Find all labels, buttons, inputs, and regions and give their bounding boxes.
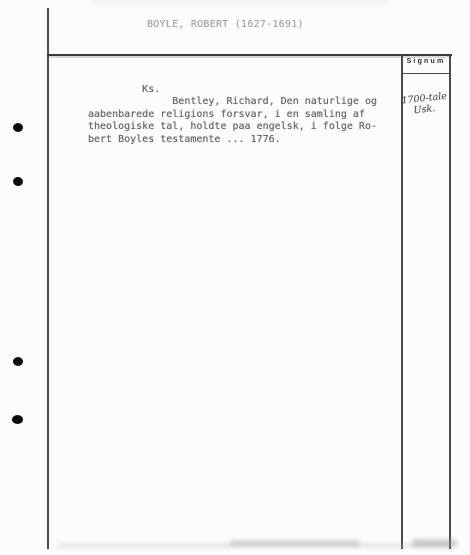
hole-punch-dot	[13, 357, 23, 366]
hole-punch-dot	[13, 123, 23, 132]
catalog-entry-line: bert Boyles testamente ... 1776.	[88, 134, 377, 146]
left-margin-rule	[47, 8, 49, 549]
catalog-entry-text: Ks. Bentley, Richard, Den naturlige og a…	[88, 84, 377, 146]
scan-smudge-bottom	[230, 540, 360, 546]
signum-column-left-border	[401, 55, 403, 549]
catalog-entry-line: Bentley, Richard, Den naturlige og	[88, 96, 377, 108]
signum-header-cell-border	[401, 73, 450, 74]
catalog-entry-line: theologiske tal, holdte paa engelsk, i f…	[88, 121, 377, 133]
card-top-border	[47, 54, 452, 56]
catalog-card-scan: BOYLE, ROBERT (1627-1691) Signum 1700-ta…	[0, 0, 470, 555]
card-right-border	[449, 55, 451, 549]
scan-smudge-top	[90, 0, 390, 4]
catalog-entry-line: aabenbarede religions forsvar, i en saml…	[88, 109, 377, 121]
hole-punch-dot	[12, 176, 23, 186]
card-header-author: BOYLE, ROBERT (1627-1691)	[147, 19, 304, 30]
hole-punch-dot	[12, 415, 23, 424]
signum-handwritten-note: 1700-tale Usk.	[401, 91, 451, 118]
catalog-entry-line: Ks.	[88, 84, 377, 96]
scan-smudge-bottom	[412, 539, 457, 547]
signum-column-header: Signum	[402, 58, 450, 65]
